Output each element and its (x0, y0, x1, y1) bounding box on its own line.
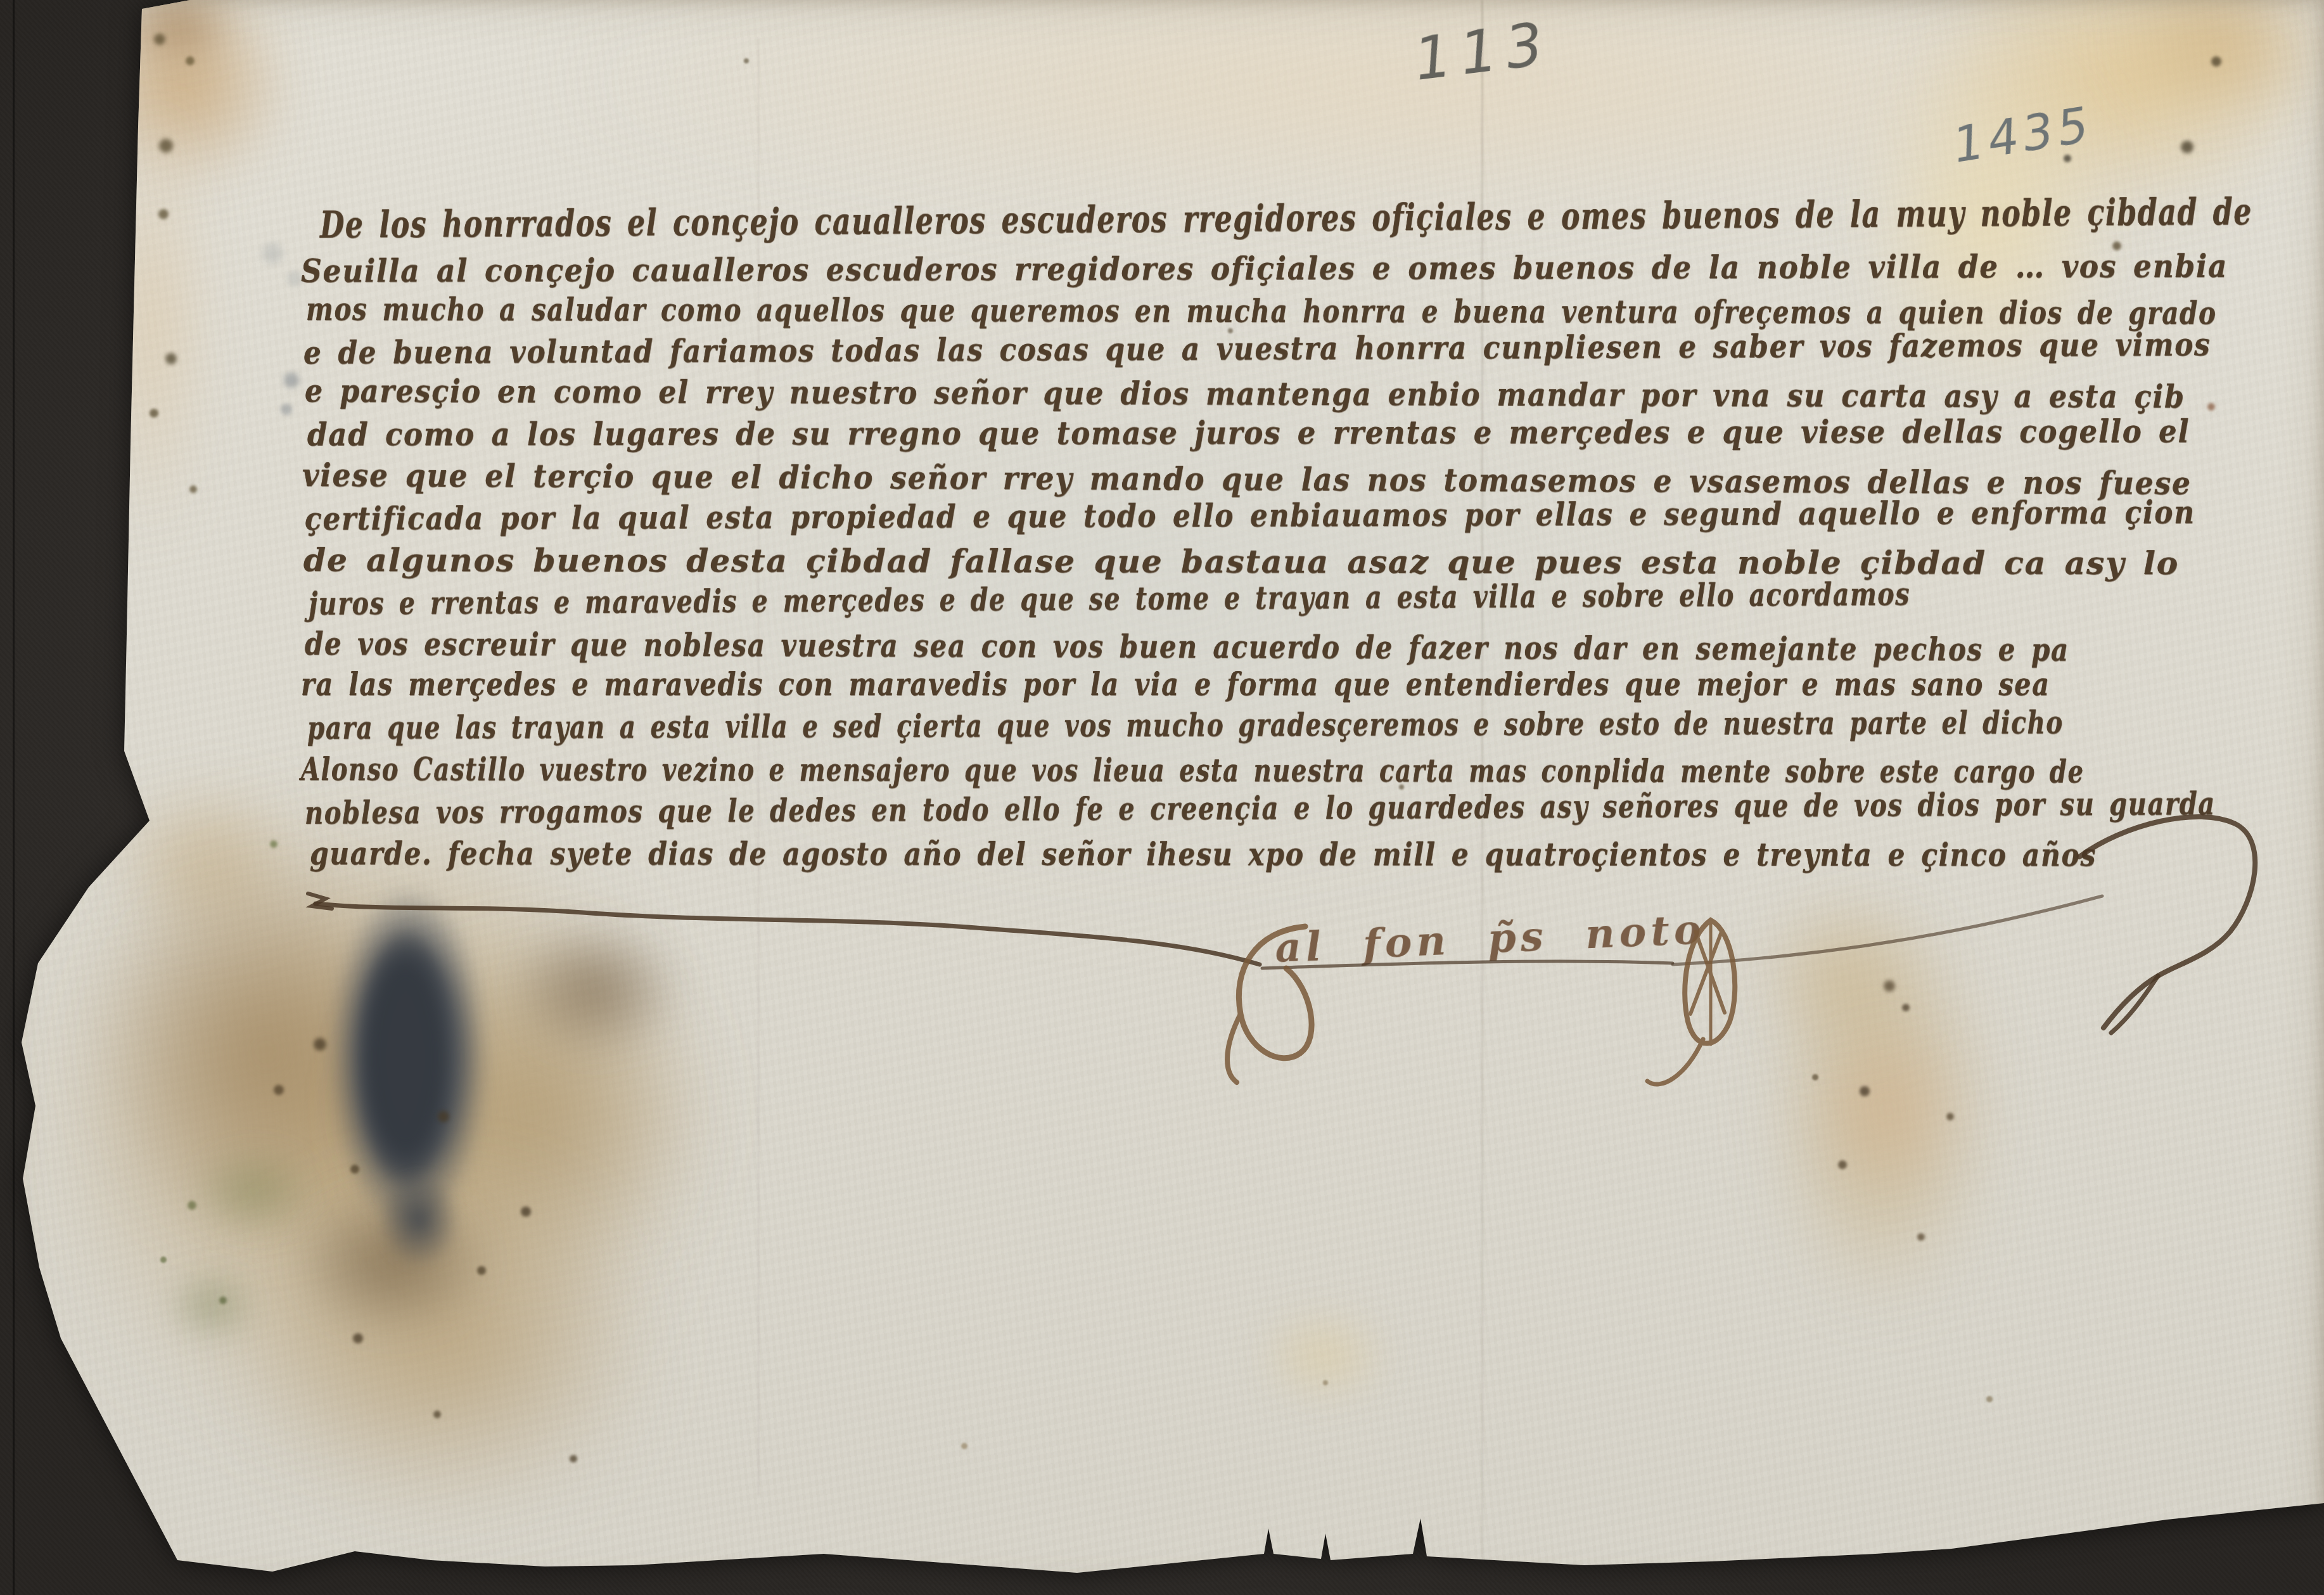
foxing-speck (154, 34, 165, 45)
stain-top-right-yellow (1920, 0, 2324, 215)
stain-top-left-dark-arc (114, 0, 241, 70)
foxing-speck (314, 1038, 326, 1051)
foxing-speck (188, 1201, 196, 1210)
stain-right-center-upper (1749, 887, 1939, 1065)
foxing-speck (350, 1165, 359, 1174)
stain-right-center (1768, 906, 1996, 1312)
stain-green-tinge-1 (190, 1147, 317, 1236)
manuscript-line: ra las merçedes e maravedis con maravedi… (301, 665, 2050, 703)
foxing-speck (570, 1455, 577, 1463)
foxing-speck (150, 409, 158, 418)
stain-bottomleft-right-lobe (355, 932, 710, 1286)
foxing-speck (189, 485, 197, 493)
foxing-speck (1860, 1086, 1870, 1096)
signature-to-paraph-line (1673, 896, 2102, 964)
stain-top-right-corner-deep (2110, 0, 2324, 127)
stain-top-left-corner (76, 0, 291, 190)
stain-top-pink-band (539, 0, 2313, 215)
parchment-wrapper: 113 1435 De los honrrados el conçejo cau… (0, 0, 2324, 1595)
foxing-speck (2112, 241, 2121, 250)
signature-rubric-right-outline (1685, 920, 1735, 1044)
end-paraph-tail (2111, 976, 2158, 1033)
archive-photograph: { "scene": { "mat_background_color": "#3… (0, 0, 2324, 1595)
stain-left-edge-wash (95, 101, 209, 545)
pencil-folio-number: 113 (1410, 10, 1555, 94)
foxing-speck (1838, 1160, 1847, 1169)
foxing-speck (353, 1333, 363, 1343)
manuscript-line: juros e rrentas e maravedis e merçedes e… (309, 575, 1910, 622)
manuscript-text-block: De los honrrados el conçejo caualleros e… (0, 0, 2324, 1595)
foxing-speck (1946, 1113, 1954, 1120)
foxing-speck (105, 802, 130, 827)
manuscript-line: çertificada por la qual esta propiedad e… (305, 494, 2195, 537)
stain-year-patch (1856, 38, 2123, 393)
foxing-speck (1902, 1004, 1910, 1011)
foxing-speck (1399, 785, 1404, 790)
foxing-speck (2207, 403, 2215, 411)
foxing-speck (433, 1411, 441, 1418)
manuscript-line: noblesa vos rrogamos que le dedes en tod… (305, 785, 2216, 831)
stain-right-center-pink (1806, 1014, 1970, 1204)
foxing-speck (2211, 56, 2221, 67)
manuscript-line: de algunos buenos desta çibdad fallase q… (303, 541, 2179, 582)
seal-residue-core (355, 925, 456, 1191)
foxing-speck (165, 353, 177, 364)
foxing-speck (1228, 328, 1233, 333)
foxing-speck (744, 58, 749, 63)
parchment-sheet: 113 1435 De los honrrados el conçejo cau… (0, 0, 2324, 1595)
vertical-fold-crease (1481, 0, 1483, 1559)
foxing-speck (159, 139, 173, 153)
manuscript-line: viese que el terçio que el dicho señor r… (302, 456, 2192, 502)
foxing-speck (961, 1443, 967, 1449)
foxing-speck (521, 1207, 531, 1217)
foxing-speck (1917, 1233, 1925, 1241)
foxing-speck (262, 243, 283, 264)
manuscript-line: guarde. fecha syete dias de agosto año d… (310, 835, 2097, 873)
manuscript-line: Alonso Castillo vuestro vezino e mensaje… (301, 750, 2085, 790)
manuscript-line: e paresçio en como el rrey nuestro señor… (305, 372, 2185, 415)
ink-flourishes (0, 0, 2324, 1595)
foxing-speck (1812, 1074, 1818, 1080)
foxing-speck (186, 56, 195, 65)
signature-rubric-right-hatch-1 (1695, 932, 1725, 1013)
foxing-speck (219, 1297, 227, 1304)
foxing-speck (284, 373, 299, 388)
stain-center-mottle (570, 317, 1774, 887)
signature-rubric-left-tail (1227, 1014, 1241, 1082)
pencil-year-annotation: 1435 (1949, 96, 2097, 174)
manuscript-line: para que las trayan a esta villa e sed ç… (307, 704, 2064, 747)
dateline-start-tick (308, 894, 332, 909)
foxing-speck (438, 1111, 449, 1122)
manuscript-line: dad como a los lugares de su rregno que … (307, 413, 2190, 453)
foxing-speck (2181, 141, 2193, 153)
signature-text: al fon p̃s noto (1274, 906, 1706, 972)
foxing-speck (477, 1266, 486, 1275)
stain-bottomleft-outer (38, 798, 697, 1445)
stain-green-tinge-2 (165, 1267, 260, 1343)
manuscript-line: e de buena voluntad fariamos todas las c… (303, 325, 2211, 371)
manuscript-line: Seuilla al conçejo caualleros escuderos … (301, 247, 2228, 290)
stain-dark-blotch-2 (291, 1185, 494, 1337)
manuscript-line: mos mucho a saludar como aquellos que qu… (306, 290, 2217, 331)
signature-rubric-right-hatch-2 (1690, 930, 1722, 1014)
foxing-speck (274, 1085, 284, 1095)
signature-strike-line (1262, 961, 1673, 968)
foxing-speck (1986, 1396, 1993, 1402)
foxing-speck (160, 1257, 167, 1263)
signature-rubric-right-tail (1647, 1039, 1703, 1084)
stain-dark-blotch-1 (507, 919, 684, 1058)
foxing-speck (1884, 980, 1895, 992)
stain-bottomleft-bottom-lobe (228, 1166, 659, 1521)
dateline-underline-flourish (316, 904, 1260, 964)
signature-rubric-left (1239, 926, 1312, 1058)
speckle-layer (0, 0, 2324, 1595)
foxing-speck (270, 840, 278, 848)
foxing-speck (281, 404, 292, 415)
manuscript-line: de vos escreuir que noblesa vuestra sea … (305, 625, 2069, 669)
manuscript-line: De los honrrados el conçejo caualleros e… (320, 191, 2252, 247)
stain-bottom-pale-spot (1255, 1305, 1394, 1407)
stain-bottomleft-mid (89, 855, 444, 1248)
stain-bottomleft-upper-reach (108, 779, 310, 944)
foxing-speck (158, 209, 169, 219)
end-paraph-loop (2079, 817, 2255, 1028)
vertical-fold-crease-2 (758, 38, 759, 1496)
foxing-speck (1323, 1380, 1328, 1385)
foxing-speck (287, 271, 302, 286)
foxing-speck (2064, 155, 2071, 162)
seal-residue-slate (329, 887, 488, 1229)
seal-residue-finger (378, 1172, 460, 1267)
